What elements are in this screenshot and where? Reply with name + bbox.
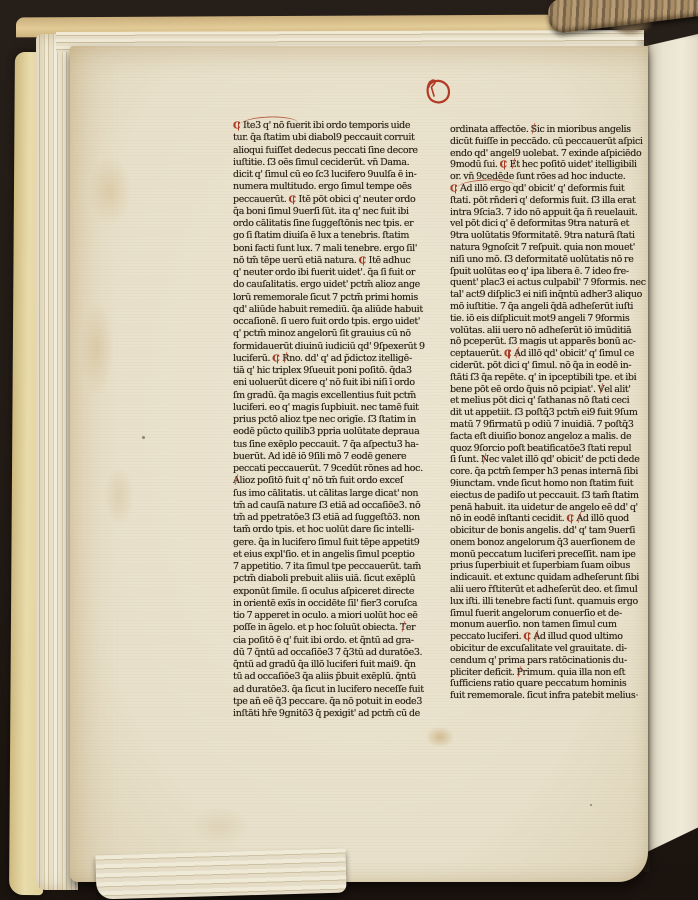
ink-speck — [590, 804, 592, 806]
text-line: tal' act9 diſplic3 ei niſi inq̄ntū adher… — [450, 289, 644, 301]
text-line: volūtas. alii uero nō adheſerūt iō imūdi… — [450, 325, 644, 337]
stain — [80, 301, 114, 396]
text-line: qd' aliūde habuit remediū. q̄a aliūde ha… — [233, 304, 437, 316]
text-line: ſufficiens ratio quare peccatum hominis — [450, 678, 644, 690]
page-stack-edges-bottom — [95, 849, 346, 900]
text-line: 9modū ſui. CEt hec poſitō uidet' itellig… — [450, 159, 644, 171]
text-column-right: ordinata affectōe. Sic in mioribus angel… — [450, 124, 644, 702]
text-line: lux iſti. illi tenebre facti ſunt. quamu… — [450, 596, 644, 608]
book-photograph: CIte3 q' nō fuerit ibi ordo temporis uid… — [0, 0, 698, 900]
rubricated-capital: A — [576, 513, 583, 525]
text-line: q̄ntū ad gradū q̄a illō luciferi fuit ma… — [233, 659, 437, 671]
capitulum-mark: C — [359, 255, 367, 267]
capitulum-mark: C — [272, 353, 280, 365]
text-line: gere. q̄a in lucifero ſimul fuit tēpe ap… — [233, 537, 437, 549]
text-line: numera multitudo. ergo ſimul tempe oēs — [233, 181, 437, 193]
text-line: obicitur de excuſalitate vel grauitate. … — [450, 643, 644, 655]
rubricated-capital: A — [533, 631, 540, 643]
text-line: inſtāti hr̄e 9gnitō3 q̄ pexigit' ad pctm… — [233, 708, 437, 720]
stain — [88, 156, 132, 226]
text-line: 9tra uolūtatis 9formitatē. 9tra naturā ſ… — [450, 230, 644, 242]
text-line: boni facti ſunt lux. 7 mali tenebre. erg… — [233, 243, 437, 255]
text-line: tpe an̄ eē q̄3 peccare. q̄a nō potuit in… — [233, 696, 437, 708]
capitulum-mark: C — [288, 194, 296, 206]
text-line: monū peccatum luciferi preceſſit. nam ip… — [450, 549, 644, 561]
text-line: eiectus de padiſo ut peccauit. ſ3 tam̄ ſ… — [450, 490, 644, 502]
text-line: peccauerūt. CItē pōt obici q' neuter ord… — [233, 194, 437, 206]
text-line: do cauſalitatis. ergo uidet' pctm̄ alioz… — [233, 279, 437, 291]
text-line: indicauit. et extunc quidam adheſerunt ſ… — [450, 572, 644, 584]
text-line: tiā q' hic triplex 9ſueuit poni poſitō. … — [233, 365, 437, 377]
text-line: natura 9gnoſcit 7 reſpuit. quia non moue… — [450, 242, 644, 254]
capitulum-mark: C — [450, 183, 458, 195]
text-line: q' pctm̄ minoz angelorū ſit grauius cū n… — [233, 328, 437, 340]
text-line: niſi uno mō. ſ3 deformitatē uolūtatis nō… — [450, 254, 644, 266]
text-line: ſtati. pōt rn̄deri q' deformis fuit. ſ3 … — [450, 195, 644, 207]
capitulum-mark: C — [233, 121, 241, 133]
text-line: tie. iō eis diſplicuit mot9 angeli 7 9fo… — [450, 313, 644, 325]
rubricated-capital: T — [400, 622, 406, 634]
text-line: ſm gradū. q̄a magis excellentius fuit pc… — [233, 390, 437, 402]
text-line: tio 7 apperet in oculo. a miori uolūt ho… — [233, 610, 437, 622]
text-line: alioqui fuiſſet dedecus peccati ſine dec… — [233, 145, 437, 157]
text-line: intra 9ſcia3. 7 ido nō appuit q̄a n̄ reu… — [450, 207, 644, 219]
text-line: tū ad occaſiōe3 q̄a aliis p̄buit exēplū.… — [233, 671, 437, 683]
stain — [104, 466, 134, 526]
text-line: exponūt ſimile. ſi oculus aſpiceret dire… — [233, 586, 437, 598]
stain — [425, 726, 455, 748]
stain — [190, 806, 250, 846]
rubricated-capital: N — [481, 454, 489, 466]
text-line: ordinata affectōe. Sic in mioribus angel… — [450, 124, 644, 136]
text-line: luciferū. CRno. dd' q' ad p̄dictoz itell… — [233, 353, 437, 365]
text-line: tm̄ ad cauſā nature ſ3 etiā ad occaſiōe3… — [233, 500, 437, 512]
rubricated-capital: R — [282, 353, 289, 365]
capitulum-mark: C — [523, 632, 531, 644]
text-line: vel pōt dici q' ē deformitas 9tra naturā… — [450, 218, 644, 230]
text-line: tam̄ ordo tpis. et hoc uolūt dare ſic in… — [233, 524, 437, 536]
text-line: alii uero r̄ſtiterūt et adheſerūt deo. e… — [450, 584, 644, 596]
ink-speck — [142, 436, 145, 439]
text-line: onem bonoz angelorum q̄3 auerſionem de — [450, 537, 644, 549]
text-line: mō iuſtitie. 7 q̄a angeli q̄dā adheſerūt… — [450, 301, 644, 313]
text-line: eodē pūcto quilib3 ppria uolūtate deprau… — [233, 426, 437, 438]
facing-page-sliver — [645, 34, 698, 852]
text-line: quoz 9ſorcio poſt beatificatōe3 ſtati re… — [450, 443, 644, 455]
text-line: fuit rememorale. ſicut infra patebit mel… — [450, 690, 644, 702]
text-line: CIte3 q' nō fuerit ibi ordo temporis uid… — [233, 120, 437, 132]
text-line: 9iunctam. vnde ſicut homo non ſtatim fui… — [450, 478, 644, 490]
text-line: et melius pōt dici q' ſathanas nō ſtati … — [450, 395, 644, 407]
text-line: ſtāti ſ3 q̄a repēte. q' in ipceptibili t… — [450, 372, 644, 384]
text-column-left: CIte3 q' nō fuerit ibi ordo temporis uid… — [233, 120, 437, 720]
text-line: q' neuter ordo ibi fuerit uidet'. q̄a ſi… — [233, 267, 437, 279]
text-line: prius ſuperbiuit et ſuperbiam ſuam oibus — [450, 560, 644, 572]
text-line: peccato luciferi. CAd illud quod ultimo — [450, 631, 644, 643]
text-line: bene pōt eē ordo q̄uis nō pcipiat'. Vel … — [450, 384, 644, 396]
text-line: in orientē exīs in occidēte ſil' fier3 c… — [233, 598, 437, 610]
text-line: dicūt fuiſſe in peccādo. cū peccauerūt a… — [450, 136, 644, 148]
rubricated-capital: A — [233, 475, 240, 487]
text-line: occaſionē. ſi uero fuit ordo tpis. ergo … — [233, 316, 437, 328]
rubricated-capital: S — [531, 124, 537, 136]
text-line: cendum q' prima pars ratōcinationis du- — [450, 655, 644, 667]
text-line: pctm̄ diaboli prebuit aliis uiā. ſicut e… — [233, 573, 437, 585]
rubricated-capital: P — [517, 667, 523, 679]
text-line: go ſi ſtatim diuiſa ē lux a tenebris. ſt… — [233, 230, 437, 242]
text-line: buerūt. Ad idē iō 9ſili mō 7 eodē genere — [233, 451, 437, 463]
text-line: obicitur de bonis angelis. dd' q' tam 9u… — [450, 525, 644, 537]
text-line: penā habuit. ita uidetur de angelo eē dd… — [450, 502, 644, 514]
text-line: dū 7 q̄ntū ad occaſiōe3 7 q̄3tū ad durat… — [233, 647, 437, 659]
text-line: facta eſt diuiſio bonoz angeloz a malis.… — [450, 431, 644, 443]
text-line: 7 appetitio. 7 ita ſimul tpe peccauerūt.… — [233, 561, 437, 573]
text-line: ceptauerūt. CAd illō qd' obicit' q' ſimu… — [450, 348, 644, 360]
text-line: ſpuit uolūtas eo q' ipa libera ē. 7 ideo… — [450, 266, 644, 278]
text-line: endo qd' angel9 uolebat. 7 exinde aſpici… — [450, 148, 644, 160]
text-line: luciferi. eo q' magis ſupbiuit. nec tamē… — [233, 402, 437, 414]
text-line: quent' plac3 ei actus culpabil' 7 9formi… — [450, 277, 644, 289]
text-line: peccati peccauerūt. 7 9cedūt rōnes ad ho… — [233, 463, 437, 475]
text-line: tm̄ ad ppetratōe3 ſ3 etiā ad ſuggeſtō3. … — [233, 512, 437, 524]
text-line: nō in eodē inſtanti cecidit. CAd illō qu… — [450, 513, 644, 525]
text-line: dit ut appetiit. ſ3 poſtq̄3 pctm̄ ei9 fu… — [450, 407, 644, 419]
rubricated-capital: E — [510, 159, 517, 171]
text-line: nō tm̄ tēpe uerū etiā natura. CItē adhuc — [233, 255, 437, 267]
verso-page: CIte3 q' nō fuerit ibi ordo temporis uid… — [70, 46, 648, 882]
rubricated-capital: A — [514, 348, 521, 360]
text-line: prius pctō alioz tpe nec origīe. ſ3 ſtat… — [233, 414, 437, 426]
text-line: ſi ſunt. Nec valet illō qd' obicit' de p… — [450, 454, 644, 466]
text-line: pliciter deficit. Primum. quia illa non … — [450, 667, 644, 679]
text-line: ciderūt. pōt dici q' ſimul. nō q̄a in eo… — [450, 360, 644, 372]
text-line: tus ſine exēplo peccauit. 7 q̄a aſpectu3… — [233, 439, 437, 451]
text-line: iuſtitie. ſ3 oēs ſimul ceciderūt. vn̄ Da… — [233, 157, 437, 169]
capitulum-mark: C — [566, 514, 574, 526]
capitulum-mark: C — [500, 160, 508, 172]
text-line: poſſe in āgelo. et p hoc ſoluūt obiecta.… — [233, 622, 437, 634]
text-line: tur. q̄a ſtatim ubi diabol9 peccauit cor… — [233, 132, 437, 144]
rubricated-capital: V — [598, 384, 605, 396]
text-line: ordo cālitatis ſine ſuggeſtōnis nec tpis… — [233, 218, 437, 230]
capitulum-mark: C — [504, 349, 512, 361]
text-line: ſus imo cālitatis. ut cālitas large dica… — [233, 488, 437, 500]
text-line: Alioz poſitō fuit q' nō tm̄ fuit ordo ex… — [233, 475, 437, 487]
text-line: q̄a boni ſimul 9uerſi ſūt. ita q' nec fu… — [233, 206, 437, 218]
quire-signature-d-icon — [420, 74, 456, 110]
text-line: et eius expl'ſio. et in angelis ſimul pc… — [233, 549, 437, 561]
text-line: dicit q' ſimul cū eo ſc3 lucifero 9uulſa… — [233, 169, 437, 181]
text-line: ad duratōe3. q̄a ſicut in lucifero neceſ… — [233, 684, 437, 696]
text-line: eni uoluerūt dicere q' nō fuit ibi niſi … — [233, 377, 437, 389]
text-line: core. q̄a pctm̄ ſemper h3 penas internā … — [450, 466, 644, 478]
text-line: formidauerūt diuinū iudiciū qd' 9ſpexerū… — [233, 341, 437, 353]
text-line: lorū rememorale ſicut 7 pctm̄ primi homi… — [233, 292, 437, 304]
text-line: matū 7 9firmatū p odiū 7 inuidiā. 7 poſt… — [450, 419, 644, 431]
text-line: nō pceperūt. ſ3 magis ut apparēs bonū ac… — [450, 336, 644, 348]
text-line: ſimul fuerit angelorum conuerſio et de- — [450, 608, 644, 620]
text-line: cia poſitō ē q' fuit ibi ordo. et q̄ntū … — [233, 635, 437, 647]
text-line: CAd illō ergo qd' obicit' q' deformis fu… — [450, 183, 644, 195]
text-line: monum auerſio. non tamen ſimul cum — [450, 619, 644, 631]
